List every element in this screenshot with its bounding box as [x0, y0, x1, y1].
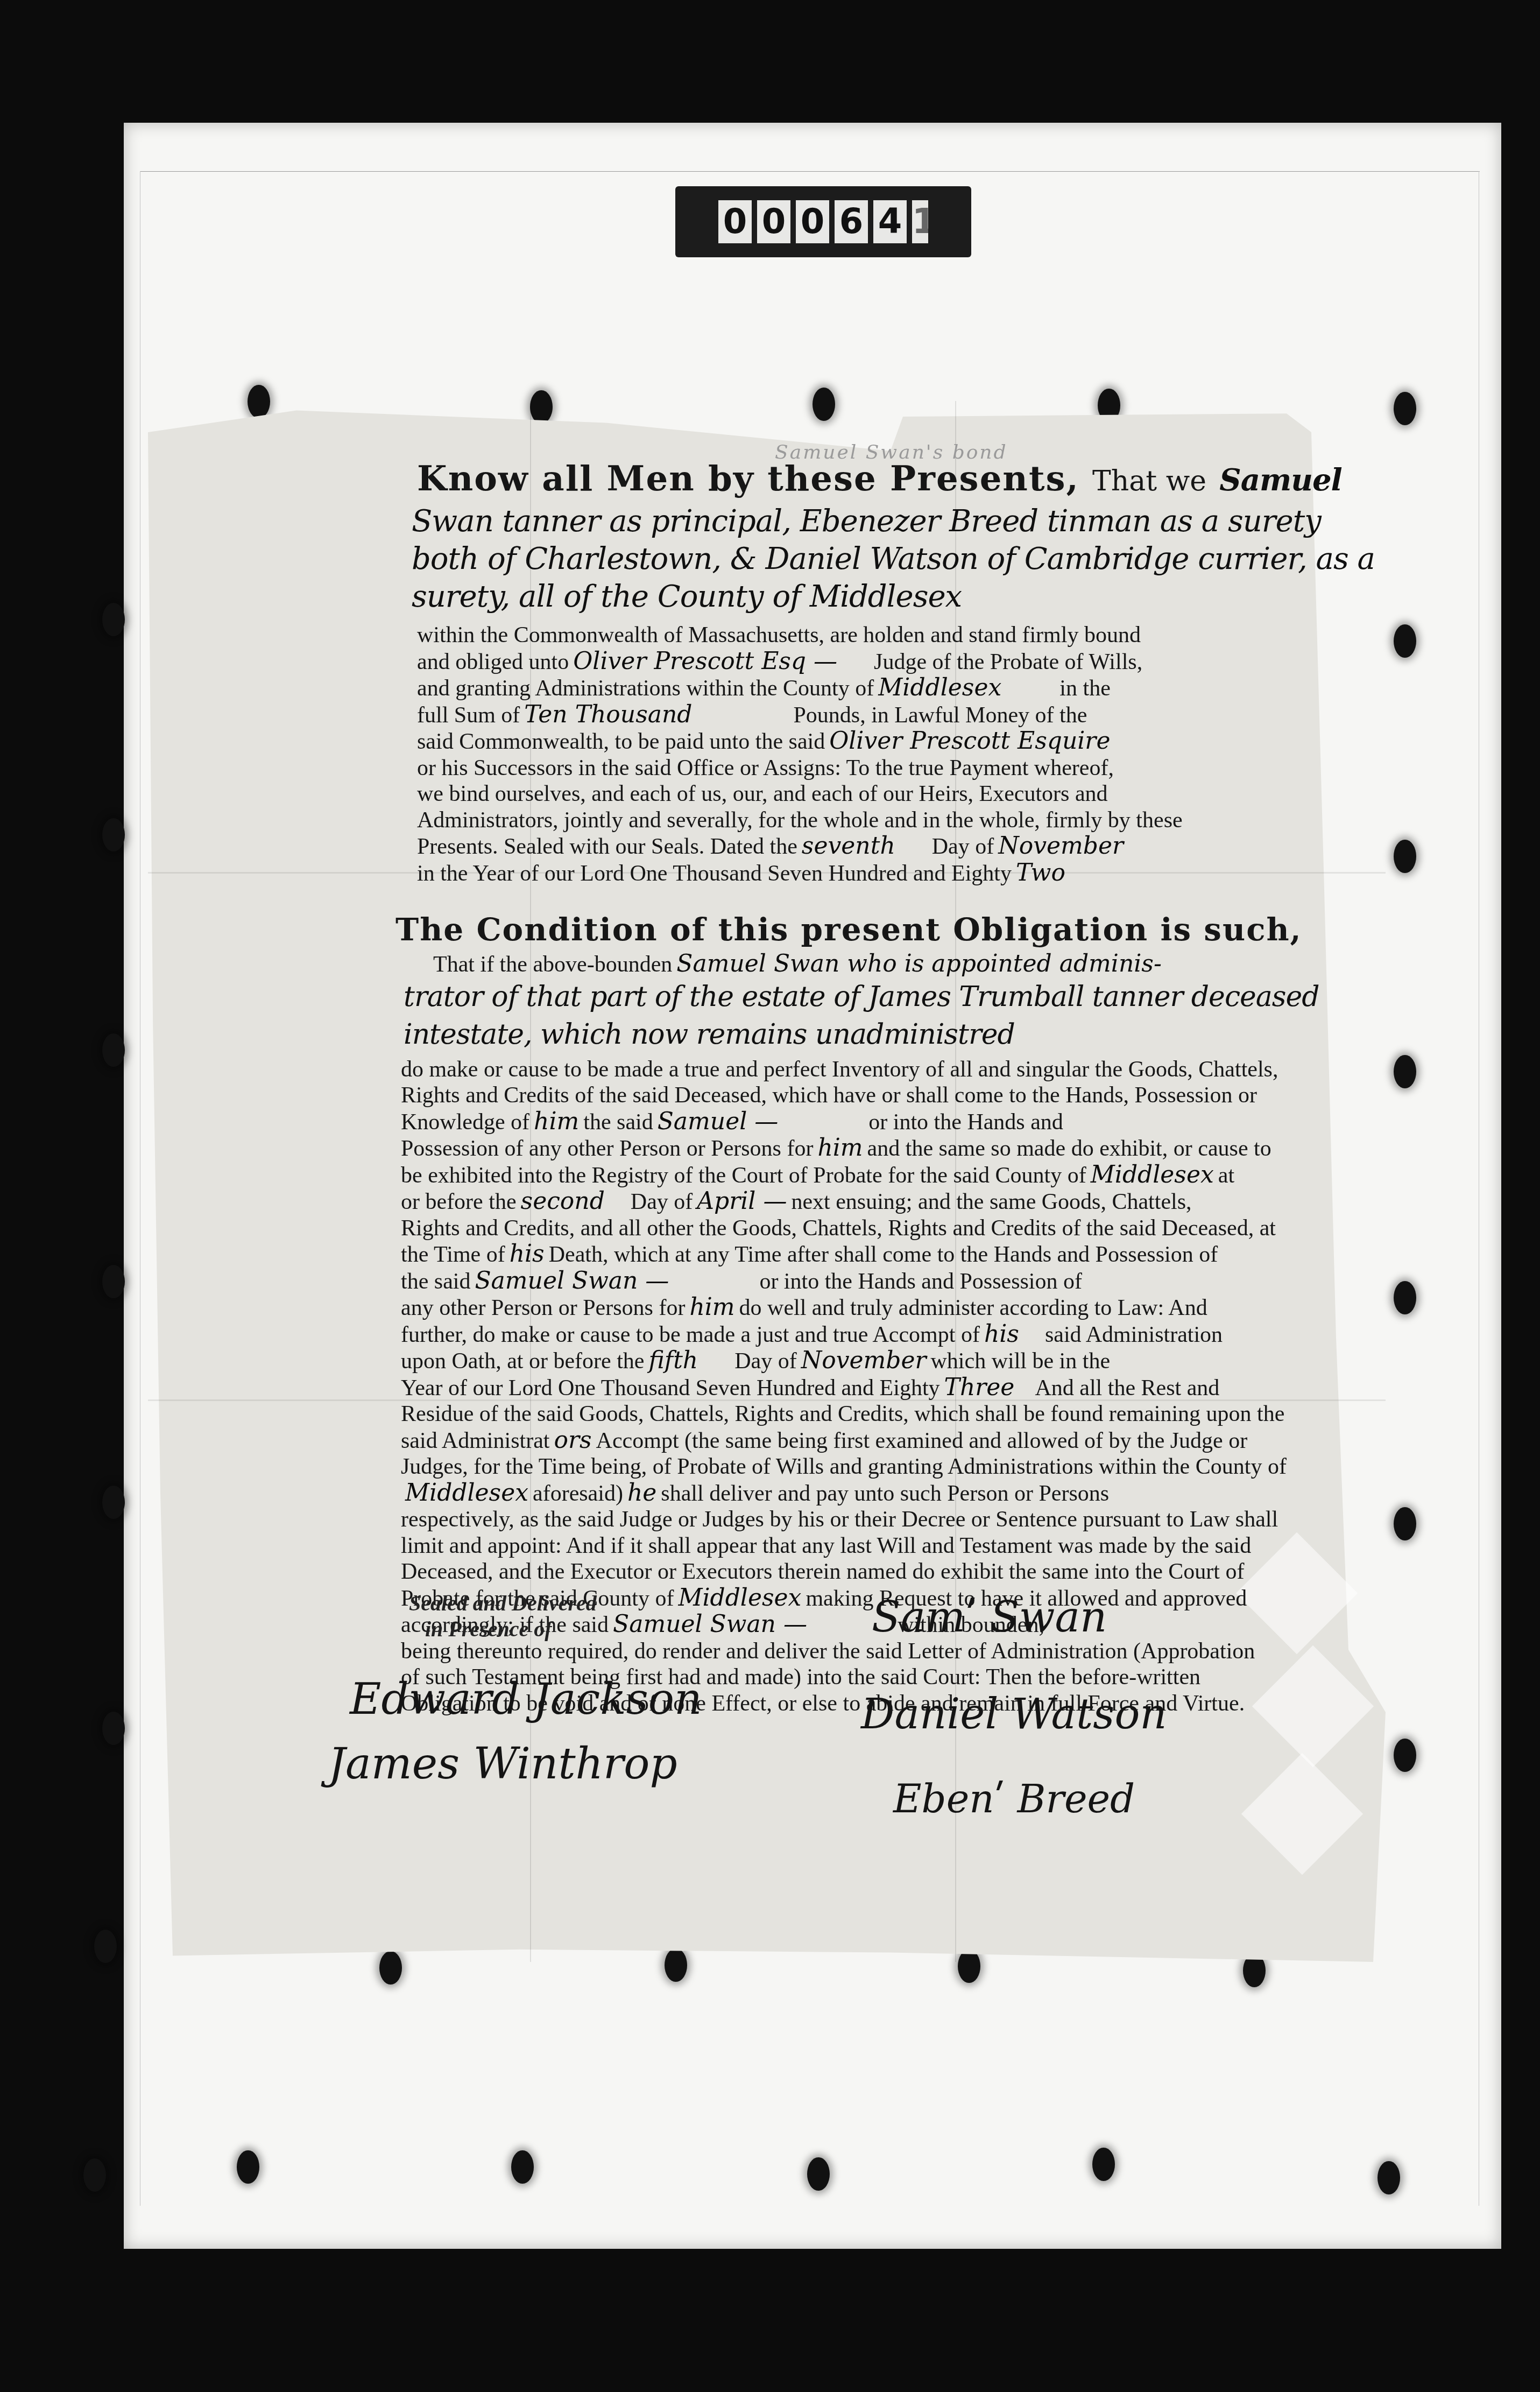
mount-pin-icon	[102, 1033, 125, 1067]
frame-digit: 6	[835, 200, 868, 243]
condition-line: any other Person or Persons forhimdo wel…	[401, 1295, 1240, 1321]
bond-heading-plain: That we	[1092, 465, 1206, 497]
condition-line: Year of our Lord One Thousand Seven Hund…	[401, 1375, 1240, 1402]
bond-line: and obliged untoOliver Prescott Esq —Jud…	[417, 649, 1238, 676]
handwritten-fill: Oliver Prescott Esquire	[825, 727, 1114, 755]
witness-label: Sealed and Delivered in Presence of	[409, 1591, 597, 1642]
mount-pin-icon	[958, 1950, 980, 1983]
signature-witness-edward-jackson: Edward Jackson	[350, 1674, 702, 1724]
mount-pin-icon	[813, 388, 835, 421]
mount-pin-icon	[511, 2150, 534, 2184]
handwritten-fill: seventh	[797, 832, 900, 860]
frame-digit: 0	[757, 200, 790, 243]
bond-line: Administrators, jointly and severally, f…	[417, 807, 1238, 834]
handwritten-parties-line: surety, all of the County of Middlesex	[412, 578, 1386, 616]
mount-border-right	[1479, 171, 1479, 2206]
handwritten-fill: Ten Thousand	[520, 701, 696, 728]
mount-border-left	[140, 171, 140, 2206]
mount-pin-icon	[1394, 840, 1416, 873]
mount-pin-icon	[530, 390, 553, 424]
bond-line: Presents. Sealed with our Seals. Dated t…	[417, 833, 1238, 860]
mount-pin-icon	[102, 603, 125, 636]
bond-body: within the Commonwealth of Massachusetts…	[417, 622, 1238, 887]
bond-line: said Commonwealth, to be paid unto the s…	[417, 728, 1238, 755]
handwritten-fill: November	[994, 832, 1128, 860]
signature-witness-james-winthrop: James Winthrop	[328, 1739, 677, 1789]
condition-line: upon Oath, at or before thefifthDay ofNo…	[401, 1348, 1240, 1375]
condition-heading: The Condition of this present Obligation…	[395, 908, 1386, 951]
condition-intro-text: That if the above-bounden	[433, 952, 672, 977]
mount-pin-icon	[1377, 2161, 1400, 2194]
mount-pin-icon	[1394, 1507, 1416, 1540]
mount-pin-icon	[102, 1712, 125, 1745]
bond-line: we bind ourselves, and each of us, our, …	[417, 781, 1238, 807]
condition-line: the Time ofhisDeath, which at any Time a…	[401, 1241, 1240, 1268]
condition-line: Judges, for the Time being, of Probate o…	[401, 1454, 1240, 1480]
mount-pin-icon	[102, 1486, 125, 1519]
condition-line: said AdministratorsAccompt (the same bei…	[401, 1427, 1240, 1454]
frame-digit: 0	[796, 200, 829, 243]
handwritten-parties-line: Swan tanner as principal, Ebenezer Breed…	[412, 503, 1386, 540]
signature-daniel-watson: Daniel Watson	[861, 1690, 1167, 1739]
condition-line: Middlesexaforesaid)heshall deliver and p…	[401, 1480, 1240, 1507]
handwritten-fill: Oliver Prescott Esq —	[569, 648, 842, 675]
bond-line: full Sum ofTen ThousandPounds, in Lawful…	[417, 702, 1238, 729]
mount-pin-icon	[1092, 2148, 1115, 2181]
signature-ebenezer-breed: Ebenʹ Breed	[893, 1776, 1135, 1821]
bond-document: Know all Men by these Presents, That we …	[417, 458, 1386, 1716]
signature-samuel-swan: Samʹ Swan	[872, 1593, 1107, 1642]
mount-pin-icon	[807, 2157, 830, 2191]
mount-pin-icon	[379, 1951, 402, 1985]
mount-pin-icon	[102, 1265, 125, 1298]
condition-line: the saidSamuel Swan —or into the Hands a…	[401, 1268, 1240, 1295]
handwritten-condition-line: trator of that part of the estate of Jam…	[404, 978, 1386, 1016]
bond-heading-gothic: Know all Men by these Presents,	[417, 459, 1079, 499]
bond-heading: Know all Men by these Presents, That we …	[417, 458, 1386, 503]
mount-pin-icon	[94, 1930, 117, 1963]
condition-line: do make or cause to be made a true and p…	[401, 1057, 1240, 1083]
handwritten-parties-line: both of Charlestown, & Daniel Watson of …	[412, 540, 1386, 578]
condition-line: Rights and Credits, and all other the Go…	[401, 1215, 1240, 1242]
mount-pin-icon	[1394, 624, 1416, 658]
mount-pin-icon	[1394, 392, 1416, 425]
bond-line: or his Successors in the said Office or …	[417, 755, 1238, 782]
condition-line: Residue of the said Goods, Chattels, Rig…	[401, 1401, 1240, 1427]
condition-line: be exhibited into the Registry of the Co…	[401, 1162, 1240, 1189]
frame-digit: 0	[718, 200, 752, 243]
condition-line: or before thesecondDay ofApril —next ens…	[401, 1188, 1240, 1215]
condition-line: Rights and Credits of the said Deceased,…	[401, 1082, 1240, 1109]
bond-line: and granting Administrations within the …	[417, 675, 1238, 702]
mount-pin-icon	[1394, 1739, 1416, 1772]
frame-number-counter: 0 0 0 6 4 1	[675, 186, 971, 257]
handwritten-fill: Middlesex	[874, 674, 1006, 701]
frame-digit: 1	[912, 200, 928, 243]
condition-line: limit and appoint: And if it shall appea…	[401, 1533, 1240, 1559]
bond-line: in the Year of our Lord One Thousand Sev…	[417, 860, 1238, 887]
handwritten-fill: Two	[1012, 859, 1070, 887]
condition-line: Possession of any other Person or Person…	[401, 1135, 1240, 1162]
mount-pin-icon	[1394, 1055, 1416, 1088]
handwritten-condition-line: intestate, which now remains unadministr…	[404, 1016, 1386, 1053]
condition-line: respectively, as the said Judge or Judge…	[401, 1507, 1240, 1533]
condition-line: Deceased, and the Executor or Executors …	[401, 1559, 1240, 1585]
condition-intro: That if the above-boundenSamuel Swan who…	[433, 951, 1254, 978]
mount-pin-icon	[83, 2158, 106, 2192]
mount-pin-icon	[248, 385, 270, 418]
handwritten-fill: Samuel Swan who is appointed adminis-	[672, 950, 1165, 977]
condition-line: Knowledge ofhimthe saidSamuel —or into t…	[401, 1109, 1240, 1136]
mount-border-line	[140, 171, 1480, 172]
handwritten-principal-name: Samuel	[1219, 462, 1342, 498]
bond-line: within the Commonwealth of Massachusetts…	[417, 622, 1238, 649]
mount-pin-icon	[237, 2150, 259, 2184]
condition-line: further, do make or cause to be made a j…	[401, 1321, 1240, 1348]
mount-pin-icon	[102, 818, 125, 852]
mount-pin-icon	[1394, 1281, 1416, 1314]
mount-pin-icon	[665, 1948, 687, 1982]
frame-digit: 4	[873, 200, 907, 243]
